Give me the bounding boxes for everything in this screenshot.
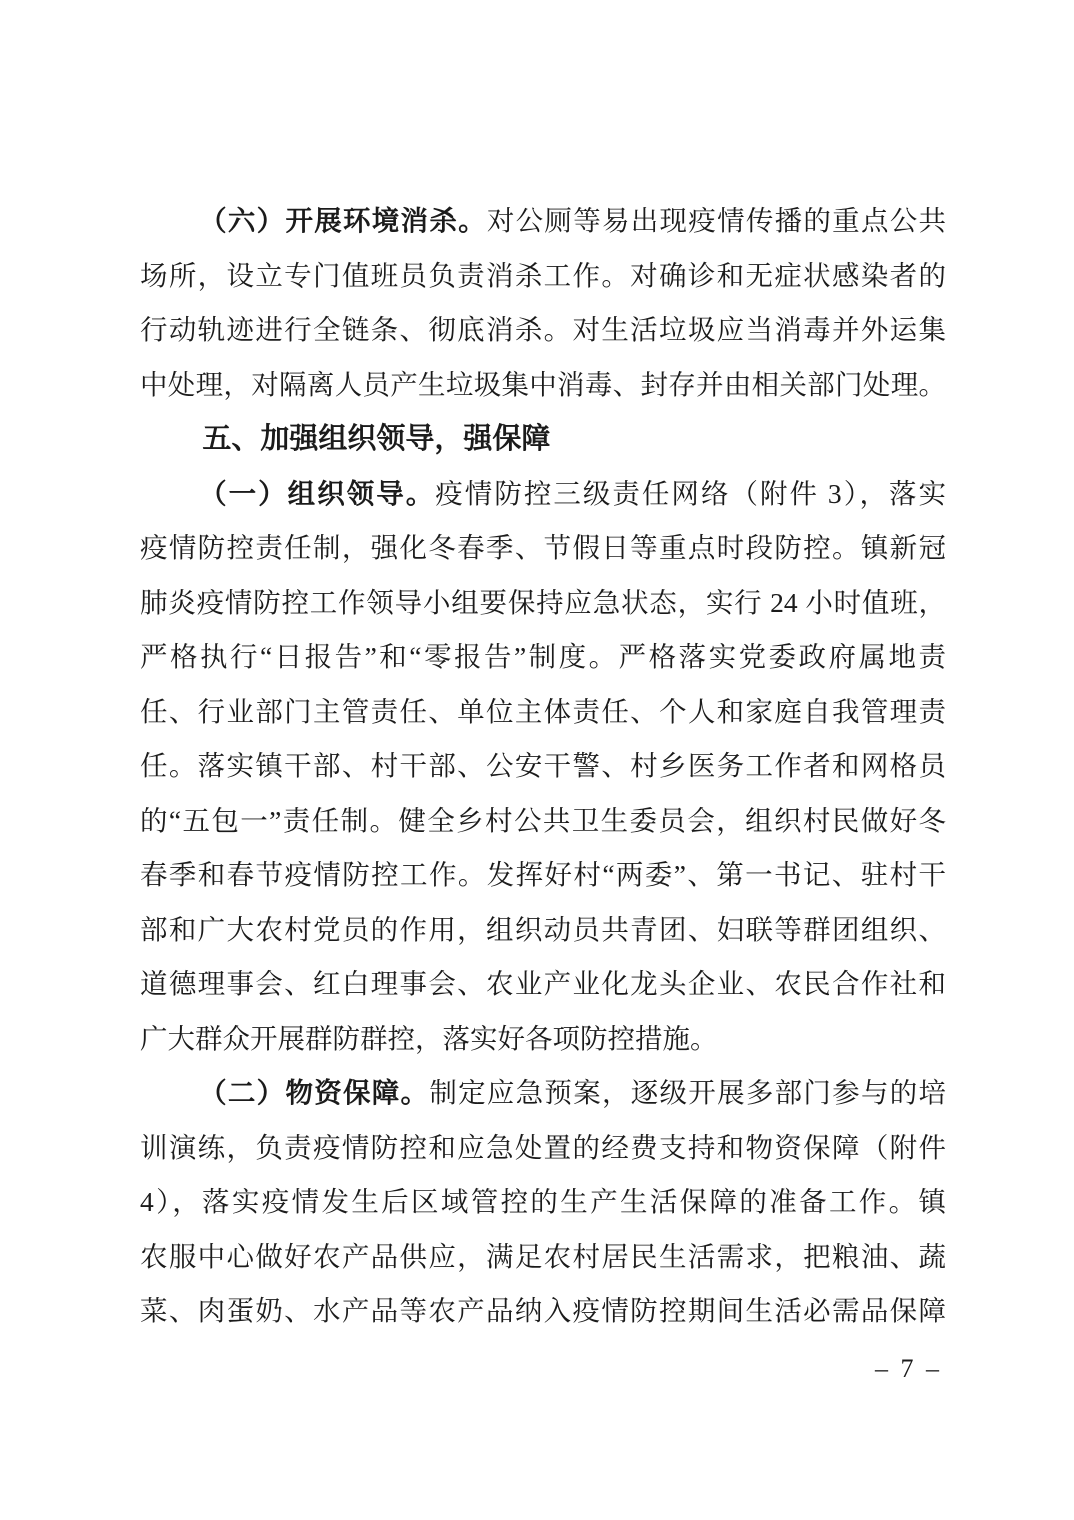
text-line: 疫情防控责任制，强化冬春季、节假日等重点时段防控。镇新冠 [140, 521, 946, 576]
paragraph-text: 训演练，负责疫情防控和应急处置的经费支持和物资保障（附件 [140, 1132, 946, 1163]
text-line: 菜、肉蛋奶、水产品等农产品纳入疫情防控期间生活必需品保障 [140, 1284, 946, 1339]
paragraph-text: 严格执行“日报告”和“零报告”制度。严格落实党委政府属地责 [140, 641, 946, 672]
paragraph-text: 广大群众开展群防群控，落实好各项防控措施。 [140, 1023, 718, 1054]
paragraph-text: 肺炎疫情防控工作领导小组要保持应急状态，实行 24 小时值班， [140, 587, 946, 618]
document-body: （六）开展环境消杀。对公厕等易出现疫情传播的重点公共场所，设立专门值班员负责消杀… [140, 194, 946, 1339]
text-line: （一）组织领导。疫情防控三级责任网络（附件 3），落实 [140, 467, 946, 522]
text-line: 任、行业部门主管责任、单位主体责任、个人和家庭自我管理责 [140, 685, 946, 740]
paragraph-text: 农服中心做好农产品供应，满足农村居民生活需求，把粮油、蔬 [140, 1241, 946, 1272]
text-line: 农服中心做好农产品供应，满足农村居民生活需求，把粮油、蔬 [140, 1230, 946, 1285]
paragraph-text: 疫情防控责任制，强化冬春季、节假日等重点时段防控。镇新冠 [140, 532, 946, 563]
paragraph-text: 行动轨迹进行全链条、彻底消杀。对生活垃圾应当消毒并外运集 [140, 314, 946, 345]
paragraph-lead-label: 五、加强组织领导，强保障 [202, 423, 550, 455]
text-line: 中处理，对隔离人员产生垃圾集中消毒、封存并由相关部门处理。 [140, 358, 946, 413]
text-line: 肺炎疫情防控工作领导小组要保持应急状态，实行 24 小时值班， [140, 576, 946, 631]
text-line: 广大群众开展群防群控，落实好各项防控措施。 [140, 1012, 946, 1067]
text-line: （二）物资保障。制定应急预案，逐级开展多部门参与的培 [140, 1066, 946, 1121]
text-line: （六）开展环境消杀。对公厕等易出现疫情传播的重点公共 [140, 194, 946, 249]
paragraph-text: 4），落实疫情发生后区域管控的生产生活保障的准备工作。镇 [140, 1186, 946, 1217]
text-line: 行动轨迹进行全链条、彻底消杀。对生活垃圾应当消毒并外运集 [140, 303, 946, 358]
paragraph-text: 任、行业部门主管责任、单位主体责任、个人和家庭自我管理责 [140, 696, 946, 727]
paragraph-text: 制定应急预案，逐级开展多部门参与的培 [429, 1077, 946, 1108]
text-line: 部和广大农村党员的作用，组织动员共青团、妇联等群团组织、 [140, 903, 946, 958]
paragraph-text: 道德理事会、红白理事会、农业产业化龙头企业、农民合作社和 [140, 968, 946, 999]
paragraph-lead-label: （六）开展环境消杀。 [199, 205, 487, 236]
paragraph-text: 对公厕等易出现疫情传播的重点公共 [487, 205, 946, 236]
text-line: 场所，设立专门值班员负责消杀工作。对确诊和无症状感染者的 [140, 249, 946, 304]
paragraph-text: 疫情防控三级责任网络（附件 3），落实 [435, 478, 946, 509]
paragraph-lead-label: （二）物资保障。 [199, 1077, 429, 1108]
paragraph-text: 任。落实镇干部、村干部、公安干警、村乡医务工作者和网格员 [140, 750, 946, 781]
paragraph-text: 的“五包一”责任制。健全乡村公共卫生委员会，组织村民做好冬 [140, 805, 946, 836]
page-number: – 7 – [875, 1349, 942, 1389]
text-line: 的“五包一”责任制。健全乡村公共卫生委员会，组织村民做好冬 [140, 794, 946, 849]
text-line: 4），落实疫情发生后区域管控的生产生活保障的准备工作。镇 [140, 1175, 946, 1230]
paragraph-text: 部和广大农村党员的作用，组织动员共青团、妇联等群团组织、 [140, 914, 946, 945]
paragraph-text: 春季和春节疫情防控工作。发挥好村“两委”、第一书记、驻村干 [140, 859, 946, 890]
document-page: （六）开展环境消杀。对公厕等易出现疫情传播的重点公共场所，设立专门值班员负责消杀… [0, 0, 1074, 1520]
section-heading: 五、加强组织领导，强保障 [140, 412, 946, 467]
paragraph-lead-label: （一）组织领导。 [199, 478, 435, 509]
text-line: 训演练，负责疫情防控和应急处置的经费支持和物资保障（附件 [140, 1121, 946, 1176]
text-line: 严格执行“日报告”和“零报告”制度。严格落实党委政府属地责 [140, 630, 946, 685]
text-line: 春季和春节疫情防控工作。发挥好村“两委”、第一书记、驻村干 [140, 848, 946, 903]
text-line: 道德理事会、红白理事会、农业产业化龙头企业、农民合作社和 [140, 957, 946, 1012]
paragraph-text: 中处理，对隔离人员产生垃圾集中消毒、封存并由相关部门处理。 [140, 369, 946, 400]
paragraph-text: 场所，设立专门值班员负责消杀工作。对确诊和无症状感染者的 [140, 260, 946, 291]
text-line: 任。落实镇干部、村干部、公安干警、村乡医务工作者和网格员 [140, 739, 946, 794]
paragraph-text: 菜、肉蛋奶、水产品等农产品纳入疫情防控期间生活必需品保障 [140, 1295, 946, 1326]
